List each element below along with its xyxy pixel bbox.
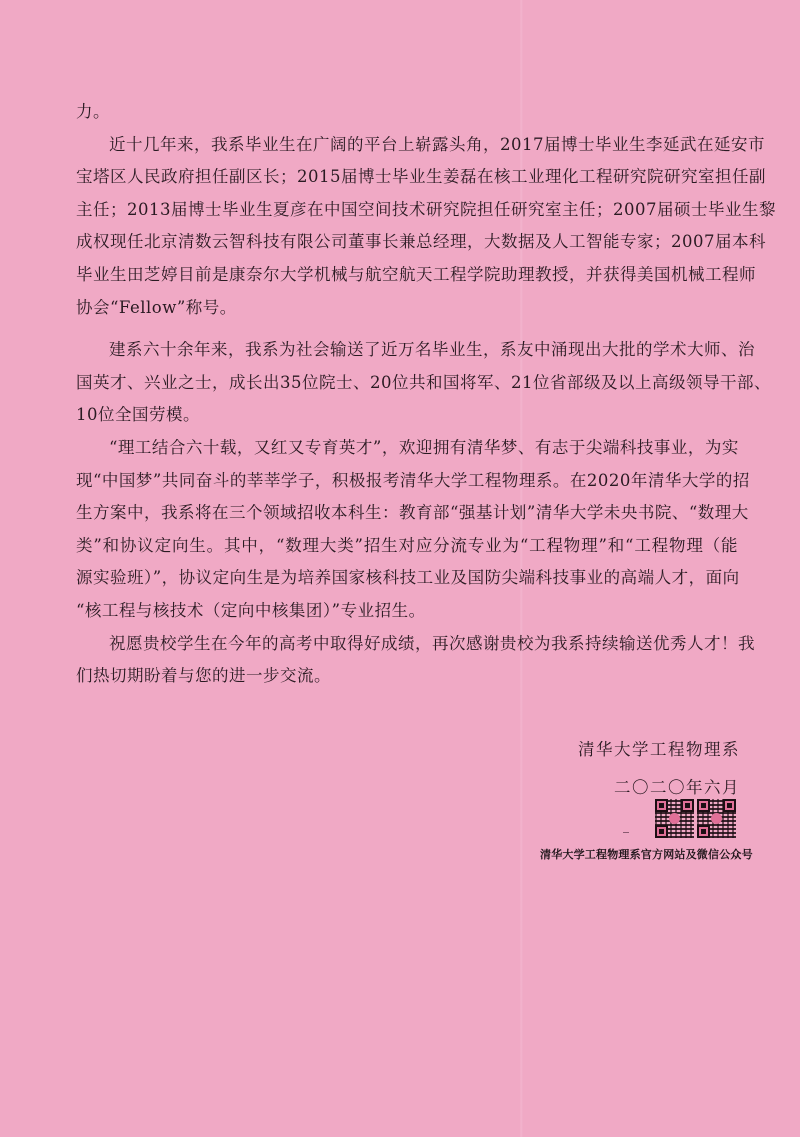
text-line: 力。 bbox=[76, 96, 738, 129]
qr-finder-pattern bbox=[655, 825, 668, 838]
qr-caption: 清华大学工程物理系官方网站及微信公众号 bbox=[540, 846, 753, 862]
paragraph-spacer bbox=[76, 324, 738, 334]
text-line: 毕业生田芝婷目前是康奈尔大学机械与航空航天工程学院助理教授，并获得美国机械工程师 bbox=[76, 259, 738, 292]
qr-center-logo bbox=[711, 813, 722, 824]
qr-finder-pattern bbox=[655, 799, 668, 812]
signature-organization: 清华大学工程物理系 bbox=[578, 738, 740, 762]
paragraph-department-history: 建系六十余年来，我系为社会输送了近万名毕业生，系友中涌现出大批的学术大师、治 国… bbox=[76, 334, 738, 432]
text-line: 近十几年来，我系毕业生在广阔的平台上崭露头角，2017届博士毕业生李延武在延安市 bbox=[76, 129, 738, 162]
paragraph-continuation: 力。 bbox=[76, 96, 738, 129]
text-line: 现“中国梦”共同奋斗的莘莘学子，积极报考清华大学工程物理系。在2020年清华大学… bbox=[76, 465, 738, 498]
text-line: 生方案中，我系将在三个领域招收本科生：教育部“强基计划”清华大学未央书院、“数理… bbox=[76, 497, 738, 530]
text-line: 们热切期盼着与您的进一步交流。 bbox=[76, 660, 738, 693]
text-line: 宝塔区人民政府担任副区长；2015届博士毕业生姜磊在核工业理化工程研究院研究室担… bbox=[76, 161, 738, 194]
scan-mark bbox=[623, 832, 629, 833]
qr-finder-pattern bbox=[681, 799, 694, 812]
text-line: 成权现任北京清数云智科技有限公司董事长兼总经理，大数据及人工智能专家；2007届… bbox=[76, 226, 738, 259]
qr-finder-pattern bbox=[697, 825, 710, 838]
qr-code-website-icon[interactable] bbox=[655, 799, 694, 838]
signature-block: 清华大学工程物理系 二〇二〇年六月 bbox=[578, 738, 740, 800]
text-line: 祝愿贵校学生在今年的高考中取得好成绩，再次感谢贵校为我系持续输送优秀人才！我 bbox=[76, 628, 738, 661]
text-line: 主任；2013届博士毕业生夏彦在中国空间技术研究院担任研究室主任；2007届硕士… bbox=[76, 194, 738, 227]
qr-finder-pattern bbox=[723, 799, 736, 812]
paragraph-admissions-plan: “理工结合六十载，又红又专育英才”，欢迎拥有清华梦、有志于尖端科技事业，为实 现… bbox=[76, 432, 738, 628]
qr-code-group bbox=[655, 799, 736, 838]
text-line: “核工程与核技术（定向中核集团）”专业招生。 bbox=[76, 595, 738, 628]
qr-center-logo bbox=[669, 813, 680, 824]
text-line: 类”和协议定向生。其中，“数理大类”招生对应分流专业为“工程物理”和“工程物理（… bbox=[76, 530, 738, 563]
document-page: 力。 近十几年来，我系毕业生在广阔的平台上崭露头角，2017届博士毕业生李延武在… bbox=[0, 0, 800, 1137]
paragraph-closing-wishes: 祝愿贵校学生在今年的高考中取得好成绩，再次感谢贵校为我系持续输送优秀人才！我 们… bbox=[76, 628, 738, 693]
text-line: “理工结合六十载，又红又专育英才”，欢迎拥有清华梦、有志于尖端科技事业，为实 bbox=[76, 432, 738, 465]
text-line: 10位全国劳模。 bbox=[76, 399, 738, 432]
text-line: 协会“Fellow”称号。 bbox=[76, 292, 738, 325]
qr-finder-pattern bbox=[697, 799, 710, 812]
letter-body: 力。 近十几年来，我系毕业生在广阔的平台上崭露头角，2017届博士毕业生李延武在… bbox=[76, 96, 738, 693]
paragraph-alumni-achievements: 近十几年来，我系毕业生在广阔的平台上崭露头角，2017届博士毕业生李延武在延安市… bbox=[76, 129, 738, 325]
text-line: 建系六十余年来，我系为社会输送了近万名毕业生，系友中涌现出大批的学术大师、治 bbox=[76, 334, 738, 367]
qr-code-wechat-icon[interactable] bbox=[697, 799, 736, 838]
text-line: 国英才、兴业之士，成长出35位院士、20位共和国将军、21位省部级及以上高级领导… bbox=[76, 367, 738, 400]
text-line: 源实验班）”，协议定向生是为培养国家核科技工业及国防尖端科技事业的高端人才，面向 bbox=[76, 562, 738, 595]
signature-date: 二〇二〇年六月 bbox=[578, 776, 740, 800]
